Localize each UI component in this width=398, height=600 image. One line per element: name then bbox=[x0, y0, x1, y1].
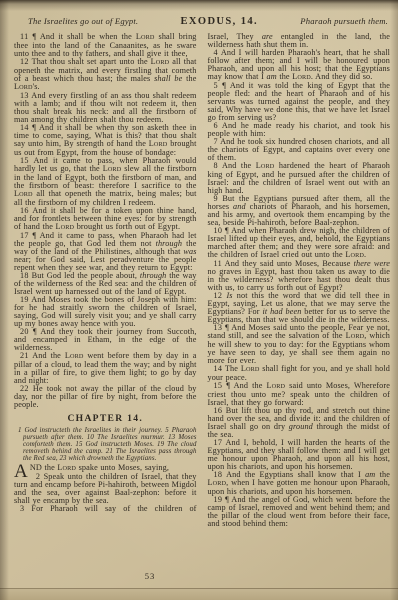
verse-22: 22 He took not away the pillar of the cl… bbox=[14, 385, 197, 409]
page-heading-book-chapter: EXODUS, 14. bbox=[181, 16, 259, 27]
verse-number: 15 bbox=[213, 381, 222, 390]
page-bottom-edge bbox=[0, 589, 398, 600]
verse-number: 12 bbox=[20, 57, 29, 66]
running-head-left: The Israelites go out of Egypt. bbox=[28, 16, 138, 26]
verse-15: 15 And it came to pass, when Pharaoh wou… bbox=[14, 157, 197, 207]
verse-number: 18 bbox=[20, 271, 29, 280]
running-head: The Israelites go out of Egypt. EXODUS, … bbox=[0, 0, 398, 31]
lord-small-caps: LORD bbox=[56, 222, 75, 231]
lord-small-caps: LORD bbox=[267, 381, 286, 390]
verse-16: 16 And it shall be for a token upon thin… bbox=[14, 207, 197, 232]
lord-small-caps: LORD bbox=[151, 57, 170, 66]
lord-small-caps: LORD bbox=[14, 82, 33, 91]
verse-11: 11 ¶ And it shall be when the LORD shall… bbox=[14, 33, 197, 58]
verse-number: 11 bbox=[20, 32, 28, 41]
lord-small-caps: LORD bbox=[14, 189, 33, 198]
lord-small-caps: LORD bbox=[57, 463, 76, 472]
verse-17: 17 And I, behold, I will harden the hear… bbox=[207, 439, 390, 471]
lord-small-caps: LORD bbox=[241, 364, 260, 373]
pilcrow-mark: ¶ bbox=[33, 32, 37, 41]
verse-number: 16 bbox=[20, 206, 29, 215]
verse-number: 7 bbox=[213, 137, 217, 146]
verse-number: 10 bbox=[213, 226, 222, 235]
verse-8: 8 And the LORD hardened the heart of Pha… bbox=[207, 162, 390, 195]
verse-20: 20 ¶ And they took their journey from Su… bbox=[14, 328, 197, 352]
left-column: 11 ¶ And it shall be when the LORD shall… bbox=[14, 33, 202, 528]
text-columns: 11 ¶ And it shall be when the LORD shall… bbox=[0, 31, 398, 528]
right-column: Israel, They are entangled in the land, … bbox=[202, 33, 390, 528]
verse-number: 13 bbox=[20, 91, 29, 100]
verse-19: 19 ¶ And the angel of God, which went be… bbox=[207, 496, 390, 528]
verse-11: 11 And they said unto Moses, Because the… bbox=[207, 260, 390, 292]
verse-21: 21 And the LORD went before them by day … bbox=[14, 352, 197, 385]
verse-2: 2 Speak unto the children of Israel, tha… bbox=[14, 473, 197, 505]
verse-18: 18 But God led the people about, through… bbox=[14, 272, 197, 296]
lord-small-caps: LORD bbox=[103, 164, 122, 173]
lord-small-caps: LORD bbox=[136, 32, 155, 41]
page-number: 53 bbox=[145, 571, 156, 581]
verse-number: 16 bbox=[213, 406, 222, 415]
chapter-summary: 1 God instructeth the Israelites in thei… bbox=[14, 427, 197, 462]
verse-number: 8 bbox=[213, 161, 217, 170]
drop-cap-initial: A bbox=[14, 464, 30, 480]
lord-small-caps: LORD bbox=[256, 161, 275, 170]
pilcrow-mark: ¶ bbox=[222, 81, 226, 90]
verse-continuation: Israel, They are entangled in the land, … bbox=[207, 33, 390, 49]
verse-6: 6 And he made ready his chariot, and too… bbox=[207, 122, 390, 138]
verse-5: 5 ¶ And it was told the king of Egypt th… bbox=[207, 82, 390, 122]
lord-small-caps: LORD bbox=[292, 72, 311, 81]
lord-small-caps: LORD bbox=[149, 139, 168, 148]
verse-13: 13 And every firstling of an ass thou sh… bbox=[14, 92, 197, 124]
pilcrow-mark: ¶ bbox=[226, 381, 230, 390]
verse-18: 18 And the Egyptians shall know that I a… bbox=[207, 471, 390, 496]
verse-14: 14 ¶ And it shall be when thy son asketh… bbox=[14, 124, 197, 157]
verse-number: 2 bbox=[36, 472, 40, 481]
verse-13: 13 ¶ And Moses said unto the people, Fea… bbox=[207, 324, 390, 365]
verse-16: 16 But lift thou up thy rod, and stretch… bbox=[207, 407, 390, 439]
verse-number: 11 bbox=[213, 259, 221, 268]
verse-number: 9 bbox=[213, 194, 217, 203]
pilcrow-mark: ¶ bbox=[33, 231, 37, 240]
verse-number: 20 bbox=[20, 327, 29, 336]
pilcrow-mark: ¶ bbox=[225, 495, 229, 504]
verse-12: 12 Is not this the word that we did tell… bbox=[207, 292, 390, 324]
verse-number: 14 bbox=[213, 364, 222, 373]
verse-number: 22 bbox=[20, 384, 29, 393]
pilcrow-mark: ¶ bbox=[33, 327, 37, 336]
verse-17: 17 ¶ And it came to pass, when Pharaoh h… bbox=[14, 232, 197, 272]
verse-number: 17 bbox=[20, 231, 29, 240]
verse-number: 19 bbox=[213, 495, 222, 504]
verse-number: 15 bbox=[20, 156, 29, 165]
verse-number: 17 bbox=[213, 438, 222, 447]
verse-10: 10 ¶ And when Pharaoh drew nigh, the chi… bbox=[207, 227, 390, 260]
verse-19: 19 And Moses took the bones of Joseph wi… bbox=[14, 296, 197, 328]
verse-7: 7 And he took six hundred chosen chariot… bbox=[207, 138, 390, 162]
lord-small-caps: LORD bbox=[207, 478, 226, 487]
bible-page: The Israelites go out of Egypt. EXODUS, … bbox=[0, 0, 398, 600]
verse-15: 15 ¶ And the LORD said unto Moses, Where… bbox=[207, 382, 390, 407]
verse-12: 12 That thou shalt set apart unto the LO… bbox=[14, 58, 197, 92]
verse-9: 9 But the Egyptians pursued after them, … bbox=[207, 195, 390, 227]
pilcrow-mark: ¶ bbox=[225, 323, 229, 332]
verse-number: 19 bbox=[20, 295, 29, 304]
verse-4: 4 And I will harden Pharaoh's heart, tha… bbox=[207, 49, 390, 82]
verse-number: 12 bbox=[213, 291, 222, 300]
verse-3: 3 For Pharaoh will say of the children o… bbox=[14, 505, 197, 513]
lord-small-caps: LORD bbox=[65, 351, 84, 360]
lord-small-caps: LORD bbox=[346, 331, 365, 340]
chapter-heading: CHAPTER 14. bbox=[14, 414, 197, 424]
verse-number: 21 bbox=[20, 351, 29, 360]
pilcrow-mark: ¶ bbox=[225, 226, 229, 235]
verse-14: 14 The LORD shall fight for you, and ye … bbox=[207, 365, 390, 382]
verse-number: 6 bbox=[213, 121, 217, 130]
pilcrow-mark: ¶ bbox=[32, 123, 36, 132]
verse-number: 13 bbox=[213, 323, 222, 332]
verse-number: 3 bbox=[20, 504, 24, 513]
verse-number: 4 bbox=[213, 48, 217, 57]
verse-number: 14 bbox=[20, 123, 29, 132]
lord-small-caps: LORD bbox=[345, 250, 364, 259]
verse-number: 5 bbox=[213, 81, 217, 90]
running-head-right: Pharaoh pursueth them. bbox=[300, 16, 388, 26]
